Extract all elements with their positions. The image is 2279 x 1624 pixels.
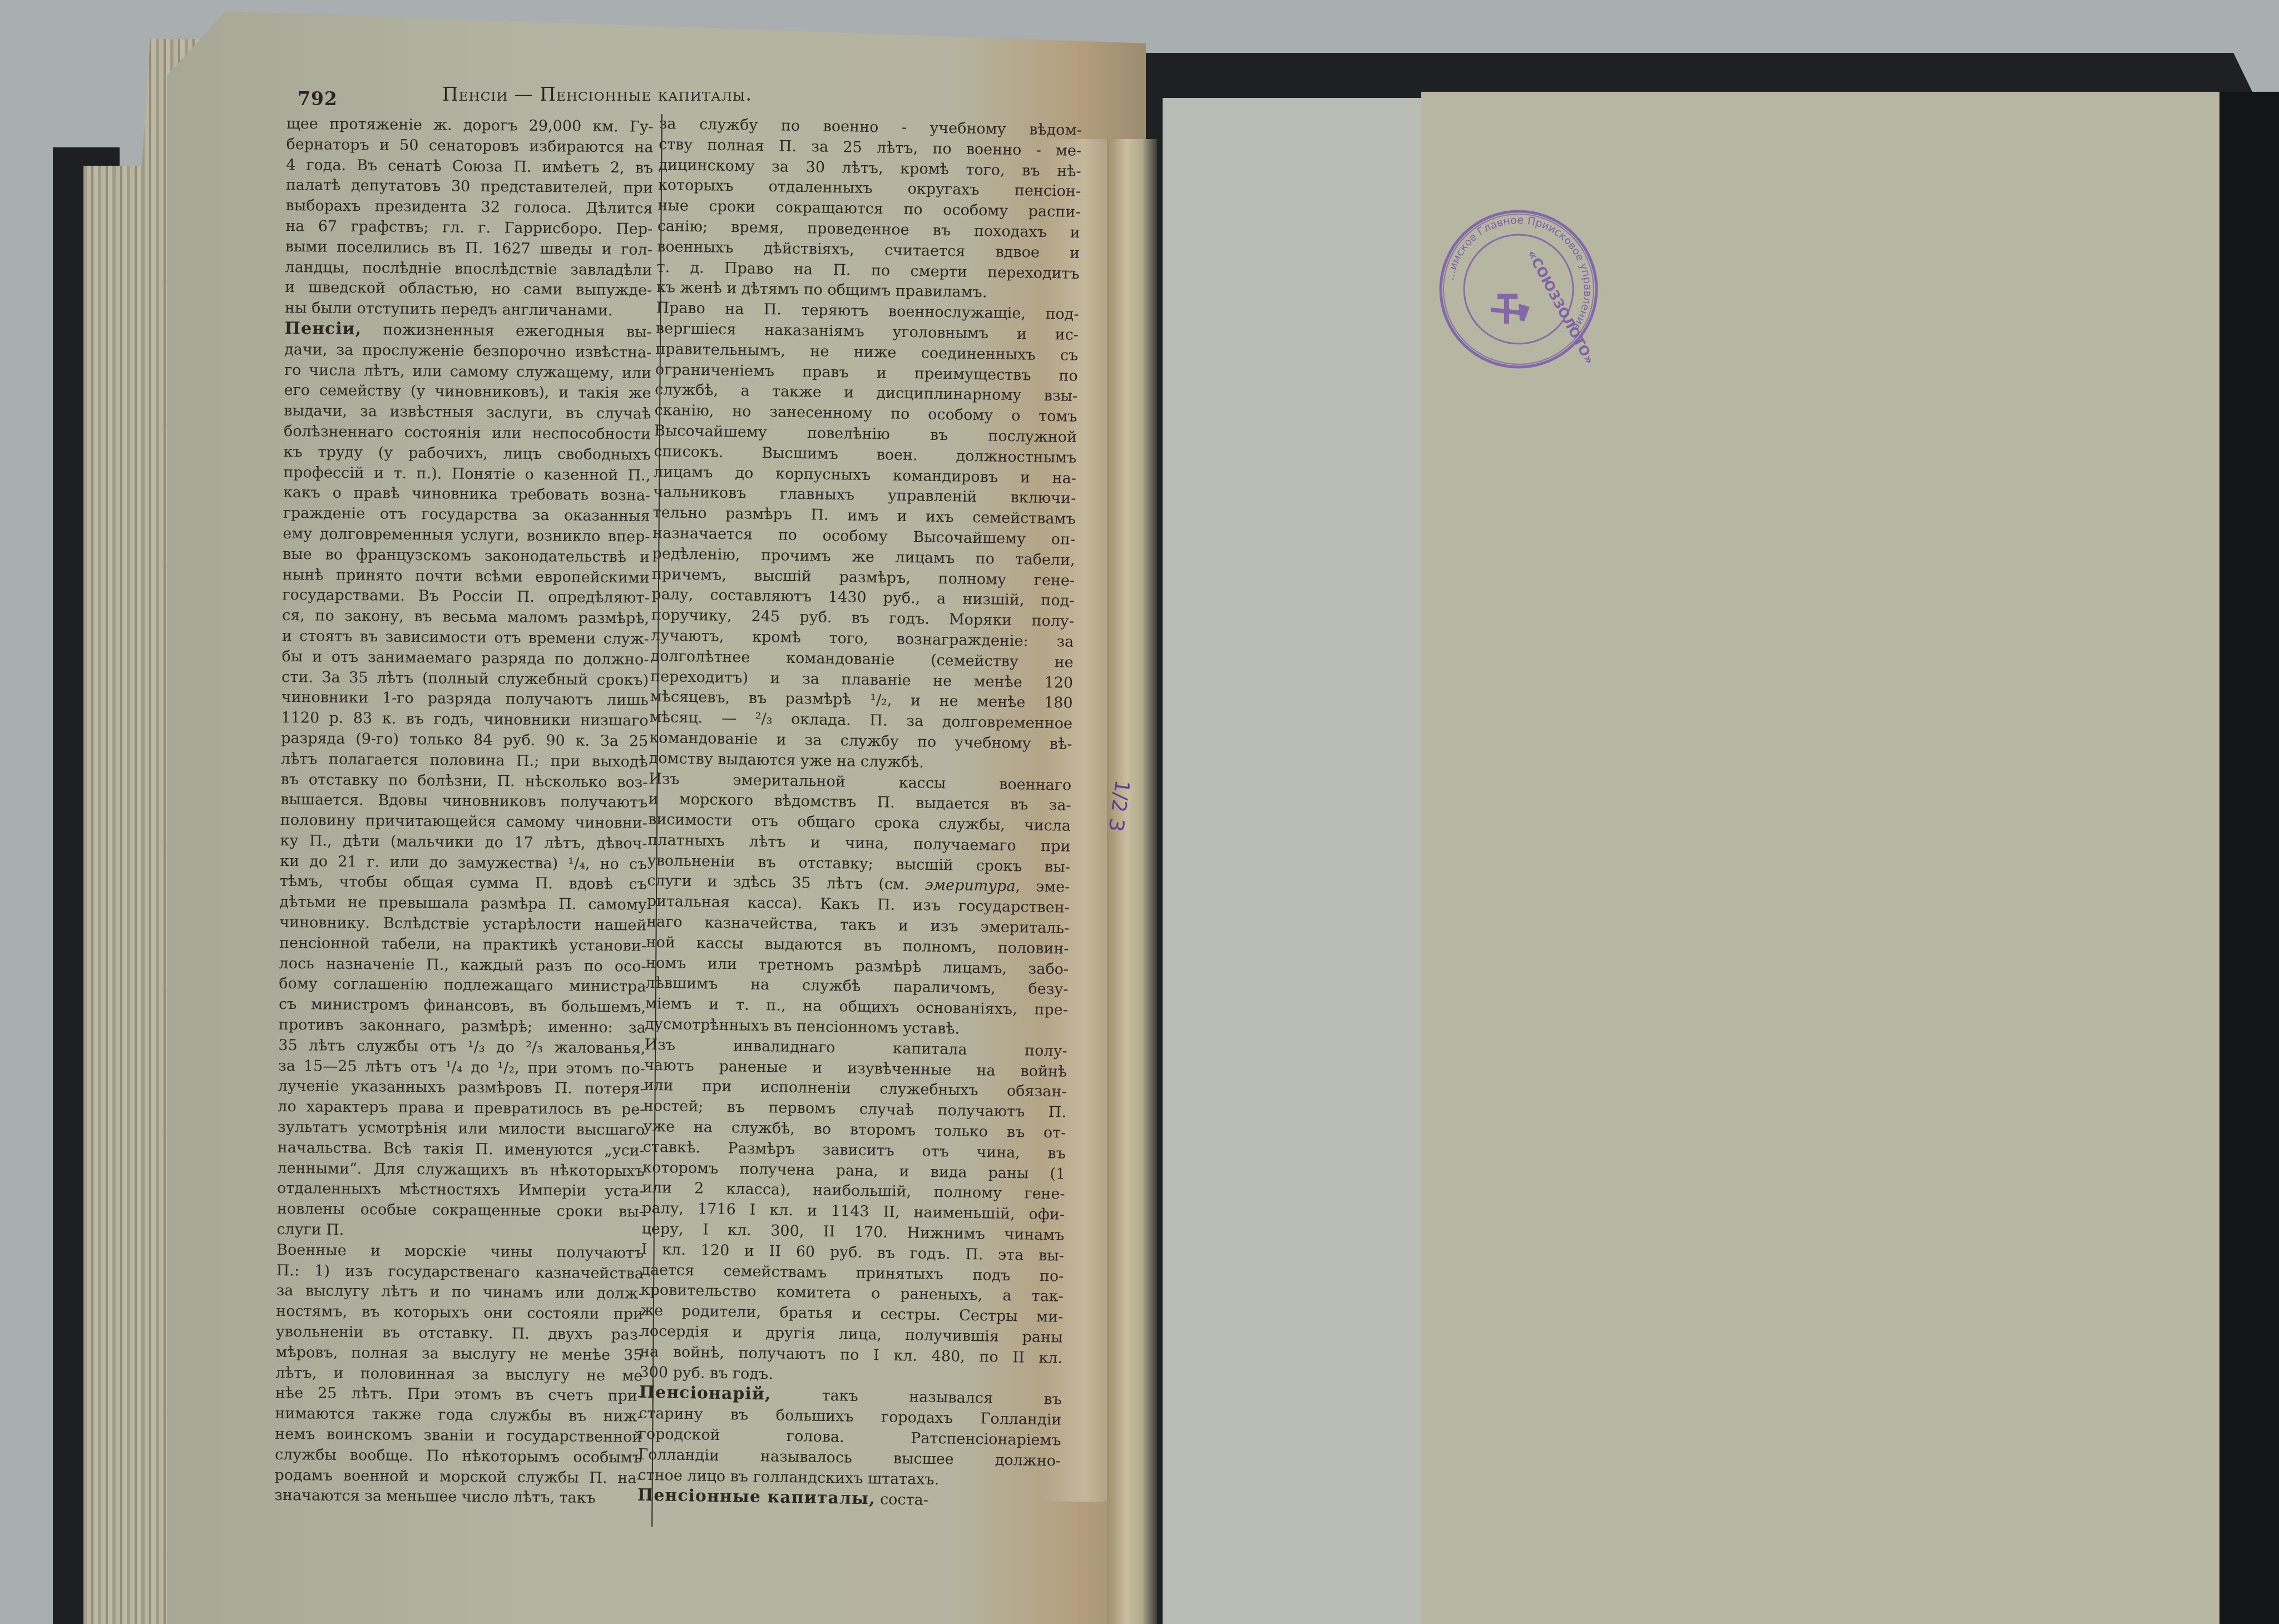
text-line: П.: 1) изъ государственаго казначейства (276, 1261, 644, 1285)
text-line: Пенсіи, пожизненныя ежегодныя вы- (284, 319, 651, 343)
text-line: сти. За 35 лѣтъ (полный служебный срокъ) (281, 667, 649, 691)
text-line: го числа лѣтъ, или самому служащему, или (284, 360, 651, 384)
text-line: чиновнику. Вслѣдствіе устарѣлости нашей (279, 913, 646, 937)
text-line: мѣровъ, полная за выслугу не менѣе 35 (275, 1343, 642, 1366)
text-line: вышается. Вдовы чиновниковъ получаютъ (280, 790, 647, 814)
hammer-and-pick-icon (1491, 294, 1530, 324)
text-line: службы вообще. По нѣкоторымъ особымъ (275, 1445, 642, 1469)
text-line: выми поселились въ П. 1627 шведы и гол- (285, 237, 652, 261)
text-line: ки до 21 г. или до замужества) ¹/₄, но с… (280, 851, 647, 875)
text-line: ленными“. Для служащихъ въ нѣкоторыхъ (277, 1158, 644, 1182)
text-line: палатѣ депутатовъ 30 представителей, при (286, 175, 653, 199)
text-line: родамъ военной и морской службы П. на- (274, 1465, 641, 1489)
text-line: Военные и морскіе чины получаютъ (276, 1240, 644, 1264)
inserted-paper-slip (1163, 98, 1424, 1624)
text-line: лѣтъ, и половинная за выслугу не ме (275, 1363, 642, 1387)
text-line: къ труду (у рабочихъ, лицъ свободныхъ (284, 442, 651, 466)
text-line: лось назначеніе П., каждый разъ по осо- (279, 954, 646, 978)
text-line: ку П., дѣти (мальчики до 17 лѣтъ, дѣвоч- (280, 831, 647, 855)
running-head: Пенсіи — Пенсіонные капиталы. (442, 83, 752, 105)
page-header: 792 Пенсіи — Пенсіонные капиталы. (298, 83, 998, 117)
book-photo: 792 Пенсіи — Пенсіонные капиталы. щее пр… (0, 0, 2279, 1624)
text-line: слуги П. (276, 1220, 644, 1244)
text-line: щее протяженіе ж. дорогъ 29,000 км. Гу- (286, 114, 654, 138)
text-line: нимаются также года службы въ ниж- (275, 1404, 642, 1428)
text-line: новлены особые сокращенные сроки вы- (277, 1199, 644, 1223)
text-column-left: щее протяженіе ж. дорогъ 29,000 км. Гу-б… (274, 114, 654, 1509)
text-line: начальства. Всѣ такія П. именуются „уси- (278, 1138, 645, 1162)
cover-edge-right (2219, 92, 2279, 1624)
text-line: профессій и т. п.). Понятіе о казенной П… (283, 463, 650, 487)
page-number: 792 (298, 88, 338, 110)
text-line: ся, по закону, въ весьма маломъ размѣрѣ, (282, 606, 649, 630)
text-column-right: за службу по военно - учебному вѣдом-ств… (637, 114, 1082, 1513)
text-line: 35 лѣтъ службы отъ ¹/₃ до ²/₃ жалованья, (278, 1036, 645, 1059)
text-line: бому соглашенію подлежащаго министра (279, 974, 646, 998)
text-line: болѣзненнаго состоянія или неспособности (284, 422, 651, 445)
text-line: вые во французскомъ законодательствѣ и (283, 544, 650, 568)
text-line: увольненіи въ отставку. П. двухъ раз- (276, 1322, 643, 1346)
text-line: половину причитающейся самому чиновни- (280, 810, 647, 834)
text-line: и шведской областью, но сами выпужде- (285, 278, 652, 301)
text-line: ландцы, послѣдніе впослѣдствіе завладѣли (285, 258, 652, 281)
text-line: противъ законнаго, размѣрѣ; именно: за (279, 1015, 646, 1039)
text-line: на 67 графствъ; гл. г. Гаррисборо. Пер- (285, 216, 652, 240)
text-line: ему долговременныя услуги, возникло впер… (283, 524, 650, 548)
text-line: бы и отъ занимаемаго разряда по должно- (281, 647, 649, 671)
text-line: бернаторъ и 50 сенаторовъ избираются на (286, 135, 653, 159)
text-line: нѣе 25 лѣтъ. При этомъ въ счетъ при- (275, 1383, 642, 1407)
text-line: 1120 р. 83 к. въ годъ, чиновники низшаго (281, 708, 648, 732)
text-line: гражденіе отъ государства за оказанныя (283, 503, 650, 527)
text-line: его семейству (у чиновниковъ), и такія ж… (284, 380, 651, 404)
text-line: и стоятъ въ зависимости отъ времени служ… (282, 626, 649, 650)
text-line: чиновники 1-го разряда получаютъ лишь (281, 687, 649, 711)
text-line: съ министромъ финансовъ, въ большемъ, (279, 994, 646, 1018)
text-line: лученіе указанныхъ размѣровъ П. потеря- (278, 1076, 645, 1100)
text-line: дѣтьми не превышала размѣра П. самому (279, 892, 646, 916)
text-line: ло характеръ права и превратилось въ ре- (278, 1097, 645, 1121)
text-line: выдачи, за извѣстныя заслуги, въ случаѣ (284, 401, 651, 425)
text-line: нынѣ принято почти всѣми европейскими (283, 565, 650, 589)
text-line: ностямъ, въ которыхъ они состояли при (276, 1301, 643, 1325)
text-line: за выслугу лѣтъ и по чинамъ или долж- (276, 1281, 643, 1305)
text-line: въ отставку по болѣзни, П. нѣсколько воз… (280, 769, 647, 793)
library-stamp: …имское Главное Приисковое управление «С… (1435, 206, 1602, 373)
text-line: немъ воинскомъ званіи и государственной (275, 1424, 642, 1448)
text-line: выборахъ президента 32 голоса. Дѣлится (285, 196, 652, 220)
text-line: 4 года. Въ сенатѣ Союза П. имѣетъ 2, въ (286, 155, 653, 179)
text-line: какъ о правѣ чиновника требовать возна- (283, 483, 650, 507)
stamp-graphic: …имское Главное Приисковое управление «С… (1435, 206, 1602, 373)
text-line: разряда (9-го) только 84 руб. 90 к. За 2… (281, 729, 648, 752)
text-line: значаются за меньшее число лѣтъ, такъ (274, 1486, 641, 1509)
text-line: ны были отступить передъ англичанами. (285, 298, 652, 322)
text-line: дачи, за прослуженіе безпорочно извѣстна… (284, 340, 651, 364)
text-line: зультатъ усмотрѣнія или милости высшаго (278, 1117, 645, 1141)
text-line: тѣмъ, чтобы общая сумма П. вдовѣ съ (280, 872, 647, 895)
text-line: за 15—25 лѣтъ отъ ¹/₄ до ¹/₂, при этомъ … (278, 1056, 645, 1080)
text-line: отдаленныхъ мѣстностяхъ Имперіи уста- (277, 1179, 644, 1202)
text-line: государствами. Въ Россіи П. опредѣляют- (282, 585, 649, 609)
text-line: лѣтъ полагается половина П.; при выходѣ (281, 749, 648, 773)
text-line: пенсіонной табели, на практикѣ установи- (279, 933, 646, 957)
